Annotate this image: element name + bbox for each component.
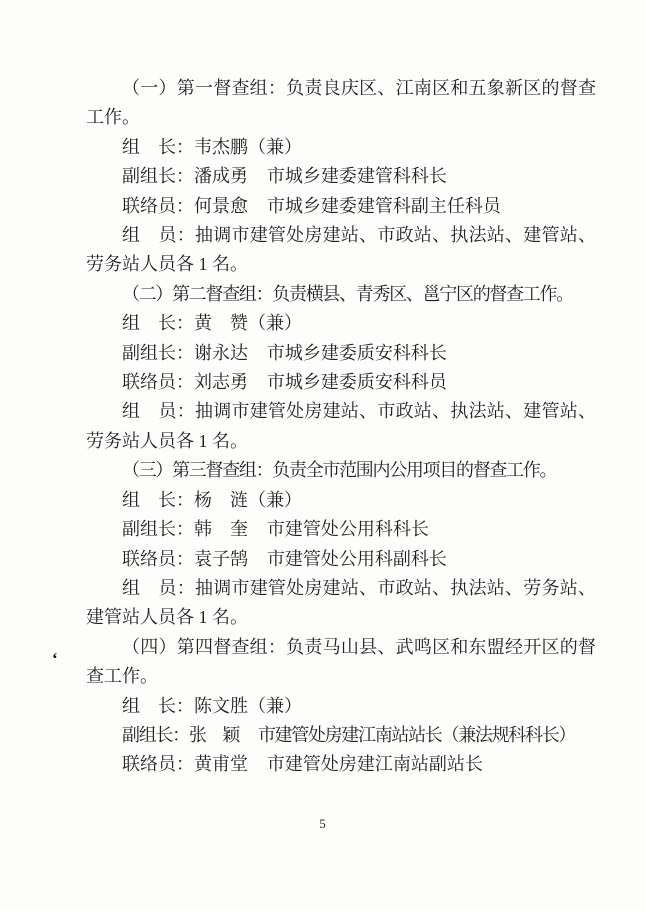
role-name: 刘志勇: [194, 372, 248, 392]
section-1-heading: （一）第一督查组：负责良庆区、江南区和五象新区的督查工作。: [86, 74, 596, 133]
role-label: 联络员：: [122, 372, 194, 392]
role-title: 市建管处房建江南站副站长: [267, 754, 483, 774]
scan-artifact-mark: ‘: [52, 649, 58, 669]
section-1-leader-line: 组 长：韦杰鹏（兼）: [86, 133, 596, 162]
section-1-deputy-leader-line: 副组长：潘成勇市城乡建委建管科科长: [86, 162, 596, 191]
role-label: 联络员：: [122, 549, 194, 569]
section-1: （一）第一督查组：负责良庆区、江南区和五象新区的督查工作。 组 长：韦杰鹏（兼）…: [86, 74, 596, 280]
document-body: （一）第一督查组：负责良庆区、江南区和五象新区的督查工作。 组 长：韦杰鹏（兼）…: [86, 74, 596, 780]
role-name: 韩 奎: [194, 519, 248, 539]
role-name: 陈文胜（兼）: [194, 696, 302, 716]
section-3-leader-line: 组 长：杨 涟（兼）: [86, 486, 596, 515]
section-3-members-line: 组 员：抽调市建管处房建站、市政站、执法站、劳务站、建管站人员各 1 名。: [86, 574, 596, 633]
section-4: （四）第四督查组：负责马山县、武鸣区和东盟经开区的督查工作。 组 长：陈文胜（兼…: [86, 633, 596, 780]
section-2-leader-line: 组 长：黄 赞（兼）: [86, 309, 596, 338]
role-title: 市城乡建委建管科科长: [267, 166, 447, 186]
section-3-liaison-line: 联络员：袁子鹄市建管处公用科副科长: [86, 545, 596, 574]
section-1-liaison-line: 联络员：何景愈市城乡建委建管科副主任科员: [86, 192, 596, 221]
role-label: 组 员：: [122, 578, 195, 598]
section-2: （二）第二督查组：负责横县、青秀区、邕宁区的督查工作。 组 长：黄 赞（兼） 副…: [86, 280, 596, 456]
section-2-heading: （二）第二督查组：负责横县、青秀区、邕宁区的督查工作。: [86, 280, 596, 309]
role-title: 市建管处房建江南站站长（兼法规科科长）: [258, 725, 575, 745]
role-title: 市城乡建委质安科科长: [267, 343, 447, 363]
role-label: 副组长：: [122, 166, 194, 186]
role-name: 张 颖: [189, 725, 239, 745]
section-3-deputy-leader-line: 副组长：韩 奎市建管处公用科科长: [86, 515, 596, 544]
section-4-leader-line: 组 长：陈文胜（兼）: [86, 692, 596, 721]
role-title: 市城乡建委质安科科员: [267, 372, 447, 392]
role-label: 组 员：: [122, 225, 195, 245]
role-label: 组 长：: [122, 696, 194, 716]
role-label: 联络员：: [122, 196, 194, 216]
section-1-members-line: 组 员：抽调市建管处房建站、市政站、执法站、建管站、劳务站人员各 1 名。: [86, 221, 596, 280]
role-name: 袁子鹄: [194, 549, 248, 569]
section-4-heading: （四）第四督查组：负责马山县、武鸣区和东盟经开区的督查工作。: [86, 633, 596, 692]
section-3-heading: （三）第三督查组：负责全市范围内公用项目的督查工作。: [86, 456, 596, 485]
role-name: 杨 涟（兼）: [194, 490, 302, 510]
role-title: 市建管处公用科科长: [267, 519, 429, 539]
section-2-liaison-line: 联络员：刘志勇市城乡建委质安科科员: [86, 368, 596, 397]
role-name: 谢永达: [194, 343, 248, 363]
role-label: 联络员：: [122, 754, 194, 774]
page-number: 5: [0, 816, 645, 832]
role-label: 副组长：: [122, 343, 194, 363]
section-4-liaison-line: 联络员：黄甫堂市建管处房建江南站副站长: [86, 750, 596, 779]
role-label: 组 长：: [122, 137, 194, 157]
section-4-deputy-leader-line: 副组长：张 颖市建管处房建江南站站长（兼法规科科长）: [86, 721, 596, 750]
section-3: （三）第三督查组：负责全市范围内公用项目的督查工作。 组 长：杨 涟（兼） 副组…: [86, 456, 596, 632]
role-label: 组 员：: [122, 401, 195, 421]
role-name: 韦杰鹏（兼）: [194, 137, 302, 157]
role-title: 市建管处公用科副科长: [267, 549, 447, 569]
role-label: 组 长：: [122, 490, 194, 510]
role-name: 黄甫堂: [194, 754, 248, 774]
role-label: 副组长：: [122, 725, 189, 745]
role-name: 何景愈: [194, 196, 248, 216]
role-label: 组 长：: [122, 313, 194, 333]
section-2-members-line: 组 员：抽调市建管处房建站、市政站、执法站、建管站、劳务站人员各 1 名。: [86, 397, 596, 456]
role-label: 副组长：: [122, 519, 194, 539]
role-name: 潘成勇: [194, 166, 248, 186]
section-2-deputy-leader-line: 副组长：谢永达市城乡建委质安科科长: [86, 339, 596, 368]
role-title: 市城乡建委建管科副主任科员: [267, 196, 501, 216]
document-page: （一）第一督查组：负责良庆区、江南区和五象新区的督查工作。 组 长：韦杰鹏（兼）…: [0, 0, 645, 911]
role-name: 黄 赞（兼）: [194, 313, 302, 333]
